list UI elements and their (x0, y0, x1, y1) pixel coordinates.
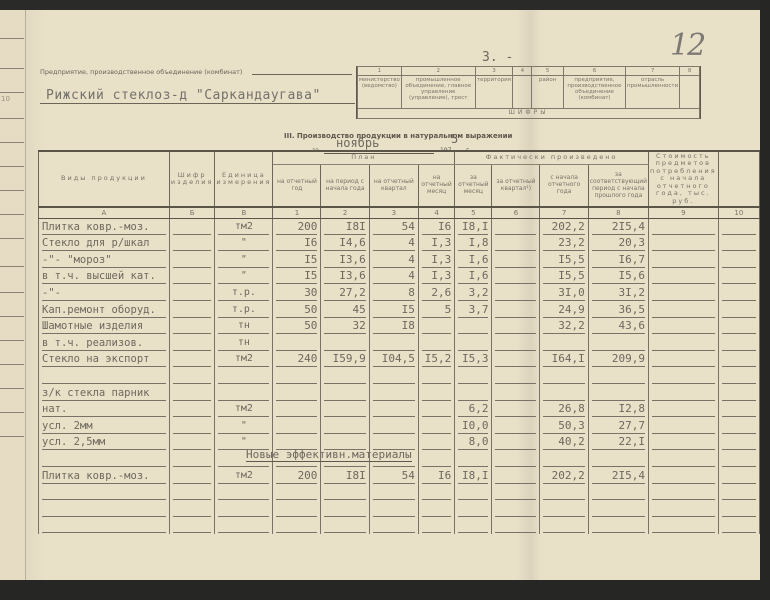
value-cell (648, 219, 718, 236)
value-cell (648, 501, 718, 518)
value-cell: I,6 (455, 252, 492, 269)
margin-rule (0, 190, 24, 191)
value-cell: I5,3 (455, 352, 492, 369)
value-cell (418, 451, 454, 468)
value-cell: I5 (369, 302, 418, 319)
cell-text: 3I,2 (592, 286, 645, 301)
cell-text: I5,2 (422, 352, 451, 367)
cell-text: Плитка ковр.-моз. (42, 220, 166, 235)
value-cell (369, 368, 418, 385)
value-cell (648, 285, 718, 302)
value-cell: 8,0 (455, 435, 492, 452)
table-row: усл. 2мм " I0,0 50,327,7 (39, 418, 760, 435)
cell-text (722, 386, 756, 401)
value-cell (718, 484, 759, 501)
margin-rule (0, 92, 24, 93)
cell-text (495, 485, 536, 500)
scan-bottom-border (0, 580, 770, 600)
cell-text (42, 485, 166, 500)
cell-text (276, 485, 317, 500)
value-cell: 3,7 (455, 302, 492, 319)
cell-text (495, 435, 536, 450)
cell-text: I8I (324, 220, 365, 235)
code-desc-4 (513, 76, 532, 109)
value-cell: 5 (418, 302, 454, 319)
cell-text (422, 419, 451, 434)
product-name-cell: з/к стекла парник (39, 385, 170, 402)
cell-text (652, 352, 715, 367)
cell-text (722, 286, 756, 301)
cell-text: 54 (373, 469, 415, 484)
product-name-cell (39, 451, 170, 468)
cell-text: т.р. (218, 303, 269, 318)
product-name-cell: -"- (39, 285, 170, 302)
cell-text (458, 485, 488, 500)
cell-text (173, 452, 211, 467)
header-actual-ytd: с начала отчетного года (540, 165, 588, 208)
value-cell: 202,2 (540, 468, 588, 485)
cell-text: Плитка ковр.-моз. (42, 469, 166, 484)
cell-text: в т.ч. реализов. (42, 336, 166, 351)
cell-text (722, 435, 756, 450)
cell-text: 2I5,4 (592, 469, 645, 484)
value-cell: I,3 (418, 269, 454, 286)
cell-text (652, 386, 715, 401)
value-cell (648, 352, 718, 369)
unit-cell: т.р. (215, 302, 273, 319)
value-cell (169, 302, 214, 319)
value-cell (492, 302, 540, 319)
value-cell (169, 435, 214, 452)
column-code: 3 (369, 207, 418, 219)
cell-text (495, 319, 536, 334)
column-code: 10 (718, 207, 759, 219)
value-cell (418, 335, 454, 352)
cell-text (495, 518, 536, 533)
value-cell: 2I5,4 (588, 468, 648, 485)
cell-text (495, 253, 536, 268)
value-cell (169, 285, 214, 302)
margin-rule (0, 118, 24, 119)
code-desc-district: район (532, 76, 564, 109)
cell-text: 202,2 (543, 220, 584, 235)
cell-text (373, 369, 415, 384)
cell-text: 8,0 (458, 435, 488, 450)
cell-text (652, 435, 715, 450)
value-cell (455, 385, 492, 402)
cell-text (495, 236, 536, 251)
value-cell (369, 335, 418, 352)
cell-text (543, 336, 584, 351)
product-name-cell: в т.ч. реализов. (39, 335, 170, 352)
cell-text (722, 336, 756, 351)
cell-text: I8I (324, 469, 365, 484)
value-cell (540, 335, 588, 352)
cell-text: 4 (373, 236, 415, 251)
cell-text: I,8 (458, 236, 488, 251)
table-row: -"- "мороз" "I5I3,64I,3I,6 I5,5I6,7 (39, 252, 760, 269)
cell-text: 8 (373, 286, 415, 301)
cell-text: I5 (276, 269, 317, 284)
cell-text (173, 386, 211, 401)
cell-text: I8 (373, 319, 415, 334)
cell-text: " (218, 419, 269, 434)
code-col-number: 5 (532, 67, 564, 76)
cell-text (276, 336, 317, 351)
cell-text (652, 502, 715, 517)
cell-text (592, 386, 645, 401)
header-product-types: Виды продукции (39, 151, 170, 207)
value-cell (718, 518, 759, 535)
cell-text (218, 369, 269, 384)
column-code: 2 (321, 207, 369, 219)
value-cell (540, 501, 588, 518)
unit-cell: тм2 (215, 401, 273, 418)
codes-footer: ШИФРЫ (358, 109, 700, 119)
cell-text (495, 419, 536, 434)
value-cell: 45 (321, 302, 369, 319)
cell-text (373, 419, 415, 434)
value-cell (321, 335, 369, 352)
cell-text: I,6 (458, 269, 488, 284)
cell-text: I,3 (422, 269, 451, 284)
margin-rule (0, 142, 24, 143)
cell-text (173, 352, 211, 367)
value-cell: 23,2 (540, 235, 588, 252)
value-cell (648, 484, 718, 501)
value-cell (492, 368, 540, 385)
column-code: 7 (540, 207, 588, 219)
cell-text (495, 402, 536, 417)
margin-number: 10 (1, 95, 10, 103)
value-cell: 50,3 (540, 418, 588, 435)
value-cell (648, 435, 718, 452)
cell-text (722, 485, 756, 500)
margin-rule (0, 292, 24, 293)
value-cell (369, 518, 418, 535)
header-actual-month: за отчетный месяц (455, 165, 492, 208)
cell-text (422, 452, 451, 467)
cell-text (173, 485, 211, 500)
cell-text: I6 (276, 236, 317, 251)
cell-text (722, 220, 756, 235)
code-col-number: 6 (563, 67, 625, 76)
value-cell (492, 435, 540, 452)
product-name-cell: Стекло для р/шкал (39, 235, 170, 252)
margin-rule (0, 238, 24, 239)
product-name-cell: Шамотные изделия (39, 318, 170, 335)
cell-text: 3,2 (458, 286, 488, 301)
value-cell (321, 401, 369, 418)
cell-text: 30 (276, 286, 317, 301)
product-name-cell: в т.ч. высшей кат. (39, 269, 170, 286)
handwritten-page-number: 12 (670, 28, 704, 63)
cell-text (173, 236, 211, 251)
cell-text (458, 369, 488, 384)
cell-text (652, 236, 715, 251)
cell-text (173, 286, 211, 301)
cell-text (722, 419, 756, 434)
header-plan-year: на отчетный год (273, 165, 321, 208)
header-cost: Стоимость предметов потребления с начала… (648, 151, 718, 207)
value-cell (718, 501, 759, 518)
value-cell: 6,2 (455, 401, 492, 418)
cell-text: " (218, 236, 269, 251)
enterprise-underline (40, 103, 355, 104)
cell-text: Кап.ремонт оборуд. (42, 303, 166, 318)
value-cell (169, 451, 214, 468)
value-cell: I3,6 (321, 269, 369, 286)
cell-text: 200 (276, 220, 317, 235)
cell-text (495, 352, 536, 367)
margin-rule (0, 364, 24, 365)
column-code: 5 (455, 207, 492, 219)
value-cell (718, 401, 759, 418)
value-cell (321, 418, 369, 435)
value-cell: I3,6 (321, 252, 369, 269)
cell-text (324, 386, 365, 401)
value-cell (169, 418, 214, 435)
value-cell: I8I (321, 219, 369, 236)
table-row: Стекло на экспорт тм2240I59,9I04,5I5,2I5… (39, 352, 760, 369)
cell-text: 4 (373, 253, 415, 268)
cell-text: I,3 (422, 236, 451, 251)
value-cell (273, 518, 321, 535)
value-cell (492, 252, 540, 269)
cell-text (422, 319, 451, 334)
cell-text (592, 485, 645, 500)
cell-text (652, 452, 715, 467)
cell-text (722, 518, 756, 533)
typed-page-number: 3. - (482, 50, 513, 65)
value-cell: I5,2 (418, 352, 454, 369)
cell-text (722, 303, 756, 318)
cell-text (422, 518, 451, 533)
value-cell: I59,9 (321, 352, 369, 369)
value-cell (540, 484, 588, 501)
value-cell: 30 (273, 285, 321, 302)
cell-text: I6,7 (592, 253, 645, 268)
cell-text (652, 336, 715, 351)
header-col10 (718, 151, 759, 207)
margin-rule (0, 388, 24, 389)
cell-text: I6 (422, 220, 451, 235)
scan-right-border (760, 0, 770, 600)
column-code: 1 (273, 207, 321, 219)
value-cell: I5 (273, 269, 321, 286)
header-unit: Единица измерения (215, 151, 273, 207)
cell-text: I6 (422, 469, 451, 484)
cell-text (722, 269, 756, 284)
cell-text: Шамотные изделия (42, 319, 166, 334)
table-row: Плитка ковр.-моз. тм2200I8I54I6I8,I 202,… (39, 468, 760, 485)
margin-rule (0, 340, 24, 341)
value-cell: 3,2 (455, 285, 492, 302)
value-cell (169, 235, 214, 252)
margin-rule (0, 436, 24, 437)
value-cell (492, 352, 540, 369)
code-col-number: 8 (680, 67, 700, 76)
unit-cell (215, 368, 273, 385)
cell-text (652, 518, 715, 533)
table-row: Плитка ковр.-моз. тм2200I8I54I6I8,I 202,… (39, 219, 760, 236)
cell-text: 50 (276, 319, 317, 334)
value-cell (718, 451, 759, 468)
column-code: А (39, 207, 170, 219)
cell-text (173, 402, 211, 417)
cell-text: 26,8 (543, 402, 584, 417)
cell-text: I2,8 (592, 402, 645, 417)
cell-text (652, 269, 715, 284)
cell-text (722, 469, 756, 484)
value-cell: 54 (369, 468, 418, 485)
cell-text (592, 452, 645, 467)
cell-text: -"- "мороз" (42, 253, 166, 268)
value-cell (648, 269, 718, 286)
value-cell (648, 318, 718, 335)
value-cell (718, 302, 759, 319)
header-plan-group: План (273, 151, 455, 165)
value-cell (418, 518, 454, 535)
value-cell: I5,5 (540, 252, 588, 269)
value-cell: I6 (418, 219, 454, 236)
column-code: 9 (648, 207, 718, 219)
margin-rule (0, 68, 24, 69)
cell-text (373, 336, 415, 351)
cell-text (543, 502, 584, 517)
cell-text (495, 469, 536, 484)
value-cell (718, 435, 759, 452)
value-cell: I,3 (418, 252, 454, 269)
cell-text (495, 336, 536, 351)
cell-text: 200 (276, 469, 317, 484)
cell-text (173, 303, 211, 318)
value-cell: I5,5 (540, 269, 588, 286)
unit-cell: тм2 (215, 468, 273, 485)
cell-text: 4 (373, 269, 415, 284)
value-cell (648, 518, 718, 535)
value-cell (718, 219, 759, 236)
value-cell: I,6 (455, 269, 492, 286)
cell-text: I8,I (458, 469, 488, 484)
cell-text: 240 (276, 352, 317, 367)
value-cell (455, 484, 492, 501)
value-cell (169, 401, 214, 418)
cell-text: I5,5 (543, 269, 584, 284)
code-col-number: 4 (513, 67, 532, 76)
cell-text (458, 319, 488, 334)
report-month: ноябрь (336, 136, 379, 150)
value-cell: I04,5 (369, 352, 418, 369)
margin-rule (0, 166, 24, 167)
value-cell (648, 401, 718, 418)
value-cell (718, 335, 759, 352)
value-cell (273, 335, 321, 352)
cell-text: 202,2 (543, 469, 584, 484)
value-cell (418, 501, 454, 518)
value-cell: I8,I (455, 468, 492, 485)
cell-text (373, 502, 415, 517)
value-cell: 200 (273, 219, 321, 236)
value-cell (321, 385, 369, 402)
value-cell (418, 385, 454, 402)
cell-text (42, 452, 166, 467)
form-page: Предприятие, производственное объединени… (26, 10, 760, 582)
value-cell (492, 468, 540, 485)
cell-text (276, 386, 317, 401)
cell-text: 2,6 (422, 286, 451, 301)
cell-text: 3,7 (458, 303, 488, 318)
cell-text (652, 303, 715, 318)
value-cell (718, 468, 759, 485)
margin-rule (0, 266, 24, 267)
new-materials-banner: Новые эффективн.материалы (246, 448, 412, 462)
cell-text (722, 502, 756, 517)
margin-rule (0, 316, 24, 317)
product-name-cell: нат. (39, 401, 170, 418)
header-product-code: Шифр изделия (169, 151, 214, 207)
product-name-cell: Кап.ремонт оборуд. (39, 302, 170, 319)
value-cell (492, 235, 540, 252)
value-cell: 27,7 (588, 418, 648, 435)
cell-text (495, 386, 536, 401)
cell-text (173, 369, 211, 384)
value-cell: I8,I (455, 219, 492, 236)
value-cell (418, 435, 454, 452)
unit-cell: тн (215, 318, 273, 335)
header-plan-month: на отчетный месяц (418, 165, 454, 208)
cell-text (652, 319, 715, 334)
cell-text (42, 369, 166, 384)
cell-text: I3,6 (324, 253, 365, 268)
column-code: Б (169, 207, 214, 219)
table-row (39, 501, 760, 518)
column-code: В (215, 207, 273, 219)
value-cell (169, 501, 214, 518)
cell-text (276, 402, 317, 417)
value-cell (273, 418, 321, 435)
cell-text: 32,2 (543, 319, 584, 334)
cell-text (495, 303, 536, 318)
value-cell: I8I (321, 468, 369, 485)
unit-cell: т.р. (215, 285, 273, 302)
value-cell: 32 (321, 318, 369, 335)
cell-text: I3,6 (324, 269, 365, 284)
cell-text: усл. 2мм (42, 419, 166, 434)
unit-cell: " (215, 269, 273, 286)
cell-text (324, 369, 365, 384)
cell-text: тм2 (218, 220, 269, 235)
cell-text: з/к стекла парник (42, 386, 166, 401)
value-cell (455, 318, 492, 335)
value-cell (321, 501, 369, 518)
value-cell (540, 385, 588, 402)
cell-text: 27,7 (592, 419, 645, 434)
value-cell (455, 368, 492, 385)
cell-text: I5,5 (543, 253, 584, 268)
value-cell: 200 (273, 468, 321, 485)
value-cell (588, 451, 648, 468)
cell-text (722, 319, 756, 334)
value-cell (718, 252, 759, 269)
cell-text (652, 485, 715, 500)
value-cell: 27,2 (321, 285, 369, 302)
year-digit: 5 (451, 132, 458, 146)
cell-text: 6,2 (458, 402, 488, 417)
product-name-cell (39, 368, 170, 385)
value-cell (321, 484, 369, 501)
cell-text: " (218, 269, 269, 284)
